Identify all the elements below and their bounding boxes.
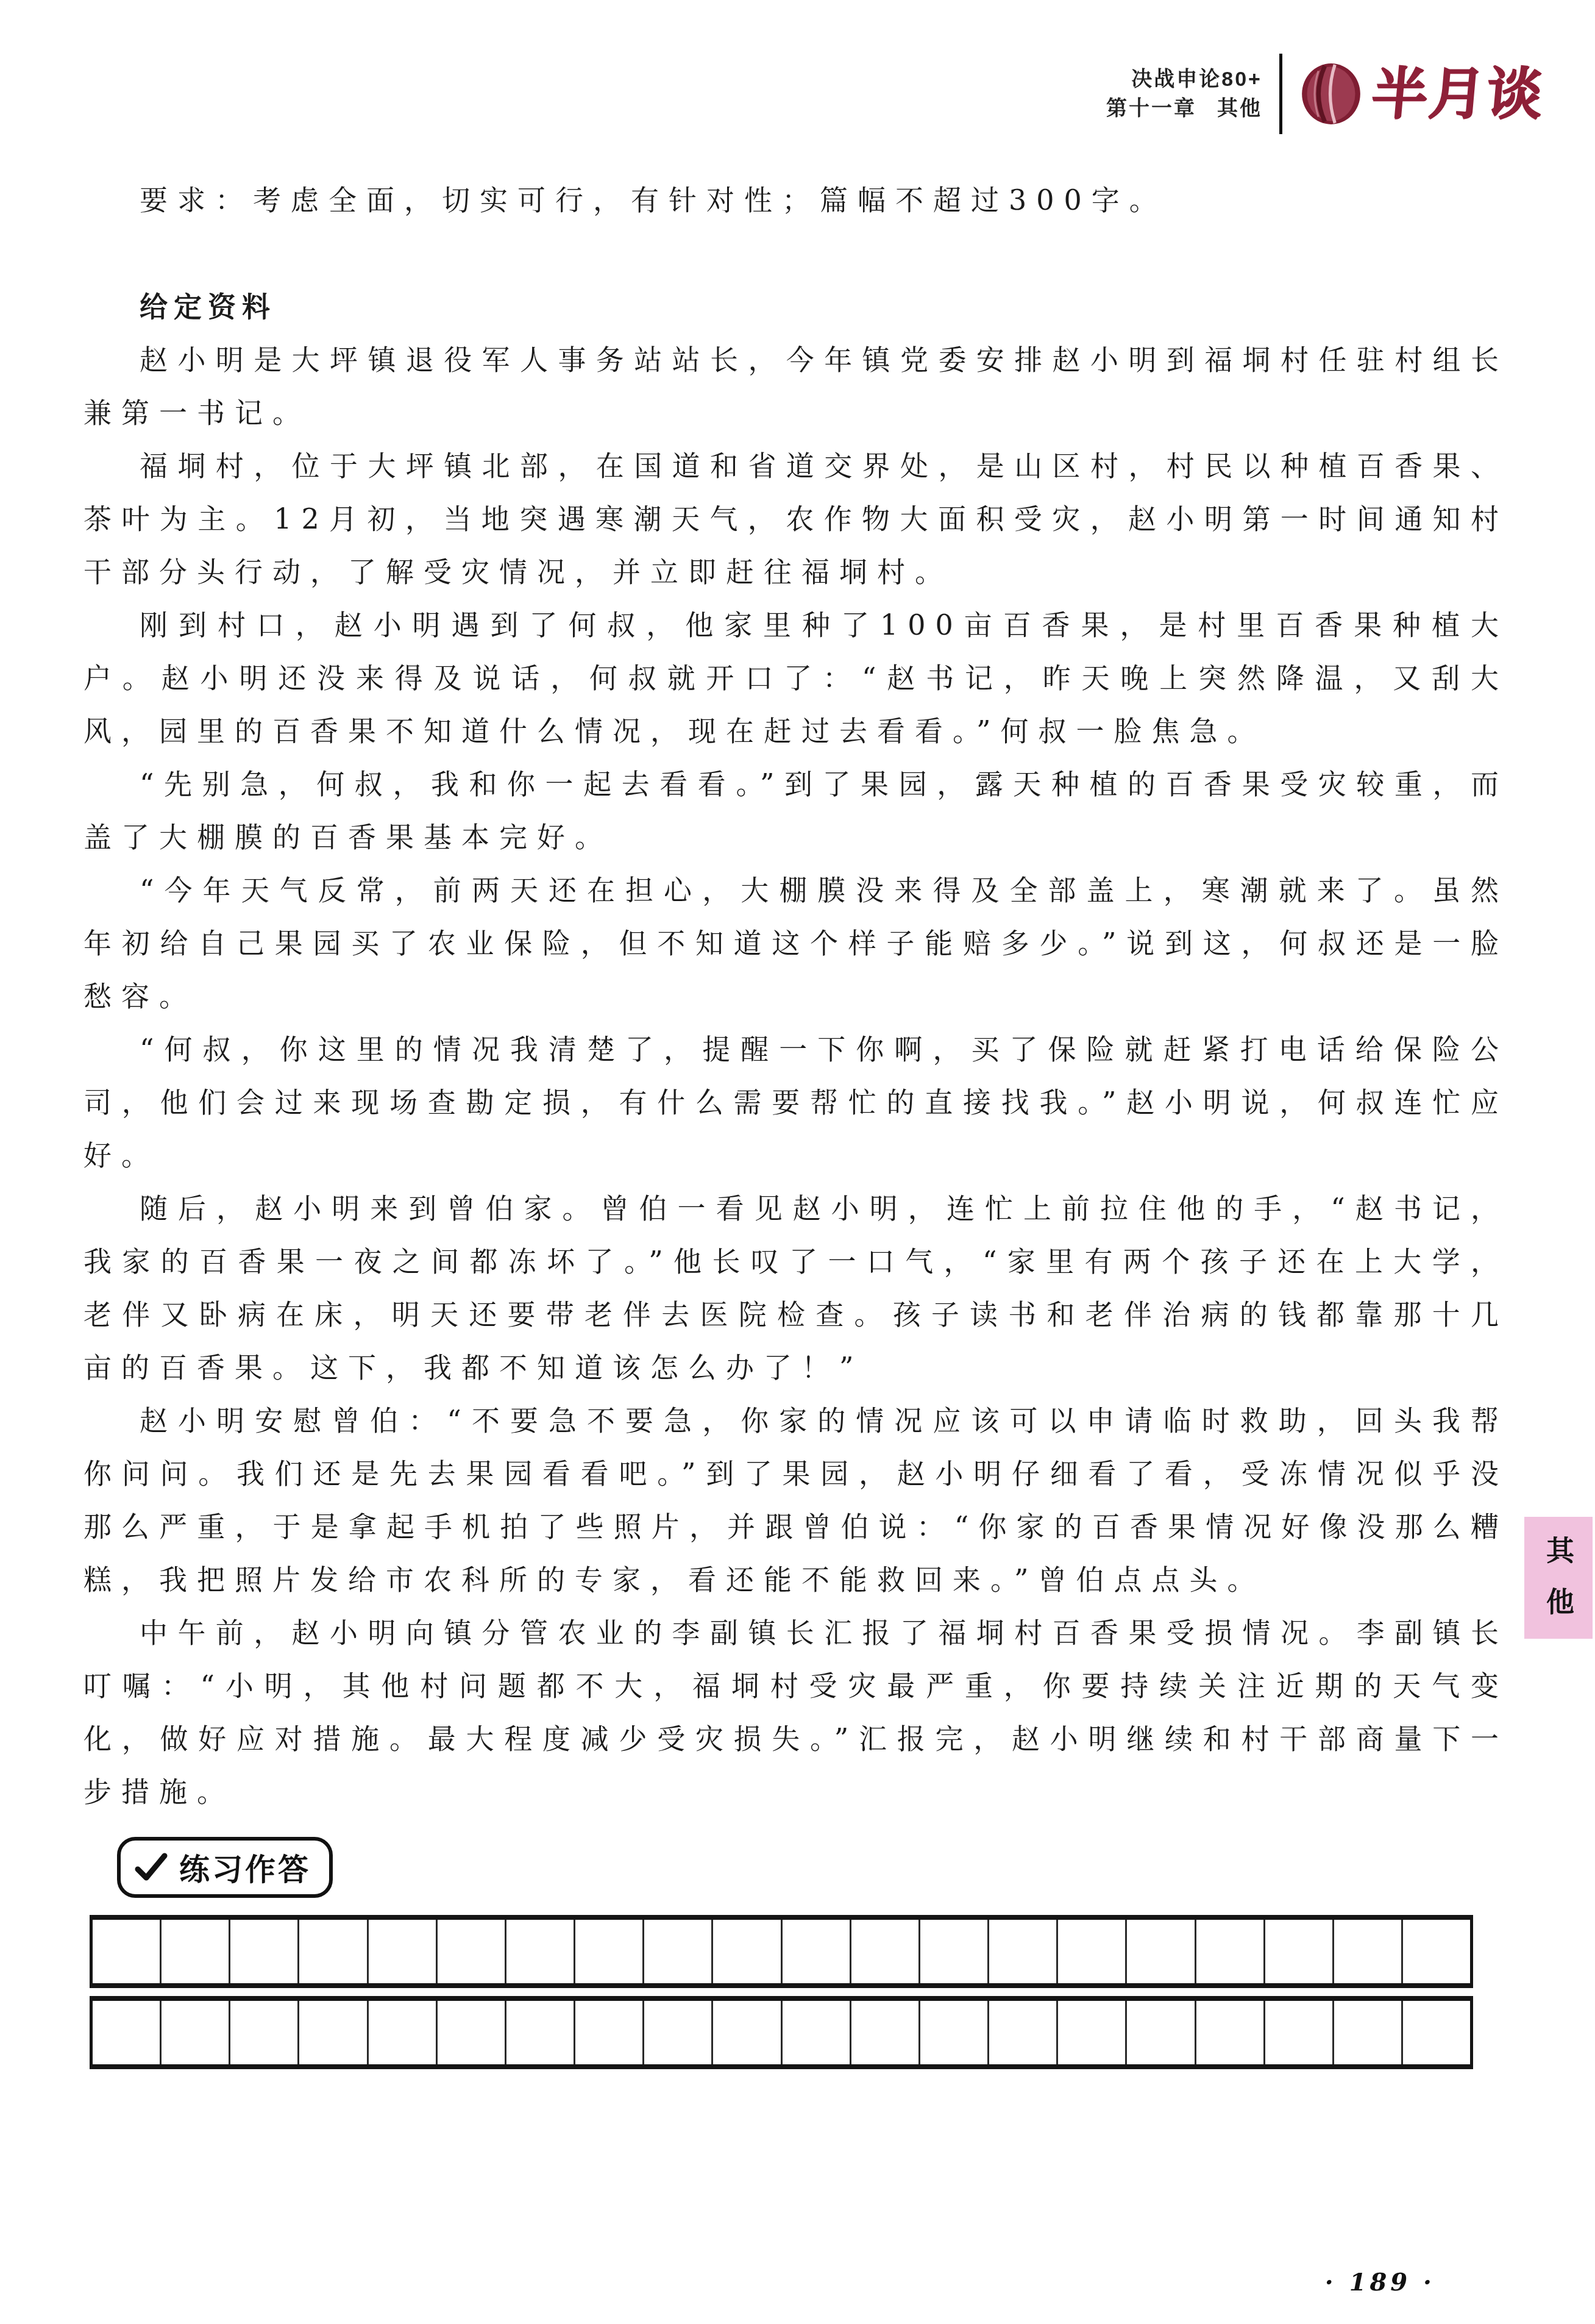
answer-grid-cell [1058, 2001, 1127, 2064]
answer-grid-cell [644, 2001, 713, 2064]
section-heading: 给定资料 [83, 280, 1508, 333]
answer-grid-cell [1127, 2001, 1196, 2064]
practice-answer-badge: 练习作答 [117, 1837, 333, 1898]
answer-grid-cell [162, 1920, 230, 1983]
material-paragraphs: 赵小明是大坪镇退役军人事务站站长，今年镇党委安排赵小明到福垌村任驻村组长兼第一书… [83, 333, 1508, 1819]
answer-grid-cell [644, 1920, 713, 1983]
answer-grid-cell [920, 1920, 989, 1983]
page-header: 决战申论80+ 第十一章 其他 半月谈 [1106, 54, 1543, 134]
answer-grid-cell [1058, 1920, 1127, 1983]
paragraph: 随后，赵小明来到曾伯家。曾伯一看见赵小明，连忙上前拉住他的手，“赵书记，我家的百… [83, 1182, 1508, 1394]
answer-grid-row [90, 1996, 1473, 2069]
answer-grid-cell [93, 1920, 162, 1983]
paragraph: 中午前，赵小明向镇分管农业的李副镇长汇报了福垌村百香果受损情况。李副镇长叮嘱：“… [83, 1606, 1508, 1819]
answer-grid-cell [989, 1920, 1058, 1983]
answer-grid-cell [1403, 1920, 1470, 1983]
book-page: 决战申论80+ 第十一章 其他 半月谈 要求：考虑全面，切实可行，有针对性；篇幅… [0, 0, 1595, 2324]
answer-grid-cell [713, 1920, 782, 1983]
paragraph: “今年天气反常，前两天还在担心，大棚膜没来得及全部盖上，寒潮就来了。虽然年初给自… [83, 864, 1508, 1023]
answer-grid-cell [299, 1920, 368, 1983]
brand-logo: 半月谈 [1299, 61, 1543, 127]
answer-grid-cell [1196, 1920, 1265, 1983]
chapter-number: 第十一章 [1106, 94, 1196, 123]
side-tab-label: 其他 [1538, 1536, 1579, 1638]
answer-grid-cell [1196, 2001, 1265, 2064]
series-title: 决战申论80+ [1106, 65, 1262, 94]
brand-name: 半月谈 [1369, 66, 1546, 122]
answer-grid-cell [162, 2001, 230, 2064]
document-body: 要求：考虑全面，切实可行，有针对性；篇幅不超过300字。 给定资料 赵小明是大坪… [83, 174, 1508, 2077]
checkmark-icon [134, 1852, 168, 1883]
answer-grid-cell [1334, 2001, 1403, 2064]
answer-grid-cell [230, 2001, 299, 2064]
answer-grid-cell [93, 2001, 162, 2064]
answer-grid-cell [1127, 1920, 1196, 1983]
answer-grid-cell [369, 1920, 438, 1983]
practice-answer-label: 练习作答 [179, 1845, 311, 1889]
answer-grid-cell [438, 2001, 506, 2064]
answer-grid-cell [369, 2001, 438, 2064]
answer-grid-cell [575, 2001, 644, 2064]
answer-grid-cell [1403, 2001, 1470, 2064]
answer-grid-cell [230, 1920, 299, 1983]
answer-writing-grid [90, 1915, 1473, 2069]
answer-grid-cell [851, 1920, 920, 1983]
banyuetan-emblem-icon [1299, 61, 1363, 127]
paragraph: 刚到村口，赵小明遇到了何叔，他家里种了100亩百香果，是村里百香果种植大户。赵小… [83, 599, 1508, 758]
chapter-topic: 其他 [1217, 94, 1262, 123]
paragraph: 福垌村，位于大坪镇北部，在国道和省道交界处，是山区村，村民以种植百香果、茶叶为主… [83, 440, 1508, 599]
chapter-side-tab: 其他 [1524, 1517, 1593, 1639]
answer-grid-cell [851, 2001, 920, 2064]
chapter-line: 第十一章 其他 [1106, 94, 1262, 123]
requirement-line: 要求：考虑全面，切实可行，有针对性；篇幅不超过300字。 [83, 174, 1508, 227]
answer-grid-cell [1334, 1920, 1403, 1983]
paragraph: 赵小明是大坪镇退役军人事务站站长，今年镇党委安排赵小明到福垌村任驻村组长兼第一书… [83, 333, 1508, 440]
answer-grid-cell [920, 2001, 989, 2064]
answer-grid-cell [506, 1920, 575, 1983]
page-number: · 189 · [1325, 2268, 1435, 2297]
paragraph: “先别急，何叔，我和你一起去看看。”到了果园，露天种植的百香果受灾较重，而盖了大… [83, 758, 1508, 864]
answer-grid-cell [1265, 1920, 1334, 1983]
header-divider [1279, 54, 1282, 134]
answer-grid-cell [506, 2001, 575, 2064]
answer-grid-cell [783, 2001, 851, 2064]
answer-grid-cell [438, 1920, 506, 1983]
answer-grid-cell [783, 1920, 851, 1983]
answer-grid-cell [713, 2001, 782, 2064]
header-meta: 决战申论80+ 第十一章 其他 [1106, 65, 1262, 123]
answer-grid-cell [299, 2001, 368, 2064]
answer-grid-cell [575, 1920, 644, 1983]
answer-grid-row [90, 1915, 1473, 1988]
answer-grid-cell [989, 2001, 1058, 2064]
answer-grid-cell [1265, 2001, 1334, 2064]
paragraph: “何叔，你这里的情况我清楚了，提醒一下你啊，买了保险就赶紧打电话给保险公司，他们… [83, 1023, 1508, 1182]
paragraph: 赵小明安慰曾伯：“不要急不要急，你家的情况应该可以申请临时救助，回头我帮你问问。… [83, 1394, 1508, 1606]
